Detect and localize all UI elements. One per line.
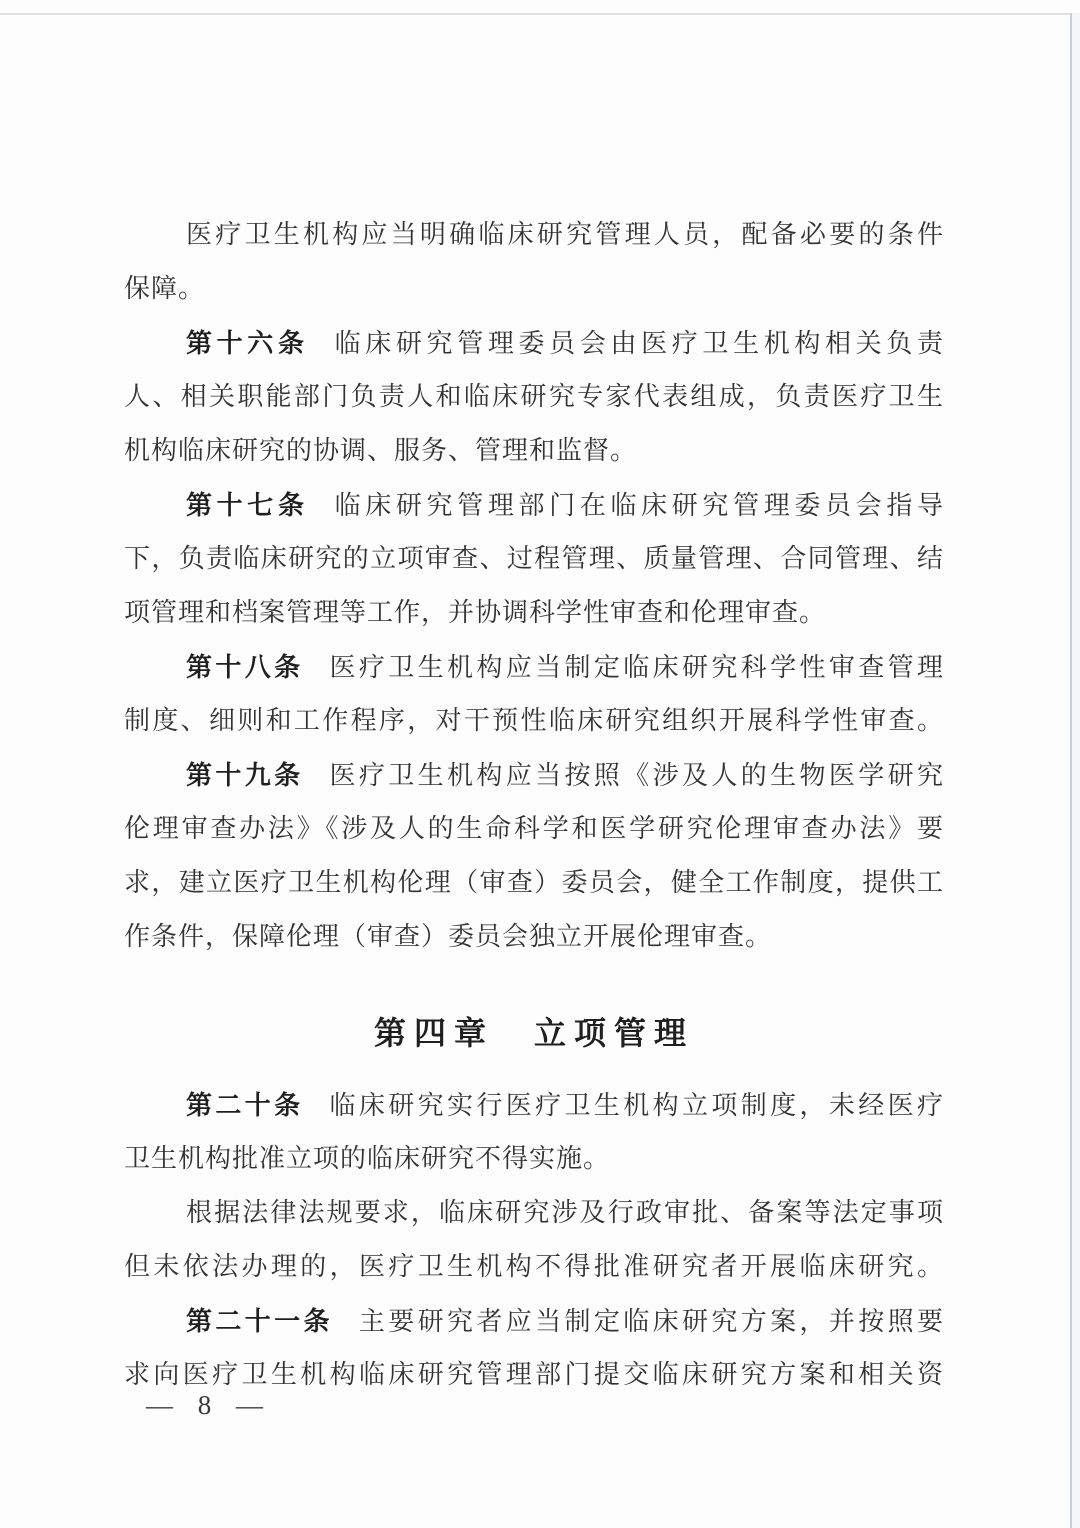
chapter-heading: 第四章 立项管理: [124, 1006, 944, 1060]
page-top-edge-line: [0, 13, 1080, 15]
text-line: 求，建立医疗卫生机构伦理（审查）委员会，健全工作制度，提供工: [124, 856, 944, 910]
text-line: 根据法律法规要求，临床研究涉及行政审批、备案等法定事项: [124, 1186, 944, 1240]
paragraphs-before-heading: 医疗卫生机构应当明确临床研究管理人员，配备必要的条件保障。第十六条临床研究管理委…: [124, 208, 944, 964]
line-text: 制度、细则和工作程序，对干预性临床研究组织开展科学性审查。: [124, 706, 944, 735]
text-line: 作条件，保障伦理（审查）委员会独立开展伦理审查。: [124, 910, 944, 964]
text-line: 人、相关职能部门负责人和临床研究专家代表组成，负责医疗卫生: [124, 370, 944, 424]
article-number: 第十六条: [186, 328, 309, 358]
line-text: 临床研究管理委员会由医疗卫生机构相关负责: [335, 329, 944, 358]
page-right-margin-strip: [1072, 13, 1080, 1528]
text-line: 第十七条临床研究管理部门在临床研究管理委员会指导: [124, 478, 944, 532]
line-text: 医疗卫生机构应当明确临床研究管理人员，配备必要的条件: [186, 220, 944, 249]
text-line: 第十八条医疗卫生机构应当制定临床研究科学性审查管理: [124, 640, 944, 694]
line-text: 主要研究者应当制定临床研究方案，并按照要: [359, 1307, 944, 1336]
document-body: 医疗卫生机构应当明确临床研究管理人员，配备必要的条件保障。第十六条临床研究管理委…: [124, 208, 944, 1402]
line-text: 求向医疗卫生机构临床研究管理部门提交临床研究方案和相关资: [124, 1360, 944, 1389]
text-line: 项管理和档案管理等工作，并协调科学性审查和伦理审查。: [124, 586, 944, 640]
text-line: 但未依法办理的，医疗卫生机构不得批准研究者开展临床研究。: [124, 1240, 944, 1294]
article-number: 第二十条: [186, 1090, 304, 1120]
text-line: 保障。: [124, 262, 944, 316]
line-text: 卫生机构批准立项的临床研究不得实施。: [124, 1144, 610, 1173]
line-text: 人、相关职能部门负责人和临床研究专家代表组成，负责医疗卫生: [124, 382, 944, 411]
line-text: 作条件，保障伦理（审查）委员会独立开展伦理审查。: [124, 922, 772, 951]
article-number: 第十八条: [186, 652, 304, 682]
text-line: 机构临床研究的协调、服务、管理和监督。: [124, 424, 944, 478]
line-text: 伦理审查办法》《涉及人的生命科学和医学研究伦理审查办法》要: [124, 814, 944, 843]
text-line: 第二十一条主要研究者应当制定临床研究方案，并按照要: [124, 1294, 944, 1348]
text-line: 第二十条临床研究实行医疗卫生机构立项制度，未经医疗: [124, 1078, 944, 1132]
line-text: 医疗卫生机构应当按照《涉及人的生物医学研究: [330, 761, 944, 790]
text-line: 卫生机构批准立项的临床研究不得实施。: [124, 1132, 944, 1186]
text-line: 第十九条医疗卫生机构应当按照《涉及人的生物医学研究: [124, 748, 944, 802]
line-text: 机构临床研究的协调、服务、管理和监督。: [124, 436, 637, 465]
article-number: 第十九条: [186, 760, 304, 790]
scanned-document-page: { "document": { "lines_before_heading": …: [0, 0, 1080, 1528]
line-text: 下，负责临床研究的立项审查、过程管理、质量管理、合同管理、结: [124, 544, 944, 573]
page-number-footer: — 8 —: [146, 1390, 272, 1421]
text-line: 第十六条临床研究管理委员会由医疗卫生机构相关负责: [124, 316, 944, 370]
line-text: 项管理和档案管理等工作，并协调科学性审查和伦理审查。: [124, 598, 826, 627]
paragraphs-after-heading: 第二十条临床研究实行医疗卫生机构立项制度，未经医疗卫生机构批准立项的临床研究不得…: [124, 1078, 944, 1402]
line-text: 求，建立医疗卫生机构伦理（审查）委员会，健全工作制度，提供工: [124, 868, 944, 897]
line-text: 临床研究管理部门在临床研究管理委员会指导: [335, 491, 944, 520]
text-line: 伦理审查办法》《涉及人的生命科学和医学研究伦理审查办法》要: [124, 802, 944, 856]
article-number: 第二十一条: [186, 1306, 333, 1336]
line-text: 保障。: [124, 274, 205, 303]
line-text: 但未依法办理的，医疗卫生机构不得批准研究者开展临床研究。: [124, 1252, 944, 1281]
line-text: 根据法律法规要求，临床研究涉及行政审批、备案等法定事项: [186, 1198, 944, 1227]
article-number: 第十七条: [186, 490, 309, 520]
text-line: 制度、细则和工作程序，对干预性临床研究组织开展科学性审查。: [124, 694, 944, 748]
page-right-edge-line: [1070, 13, 1072, 1528]
line-text: 临床研究实行医疗卫生机构立项制度，未经医疗: [330, 1091, 944, 1120]
line-text: 医疗卫生机构应当制定临床研究科学性审查管理: [330, 653, 944, 682]
text-line: 医疗卫生机构应当明确临床研究管理人员，配备必要的条件: [124, 208, 944, 262]
text-line: 下，负责临床研究的立项审查、过程管理、质量管理、合同管理、结: [124, 532, 944, 586]
